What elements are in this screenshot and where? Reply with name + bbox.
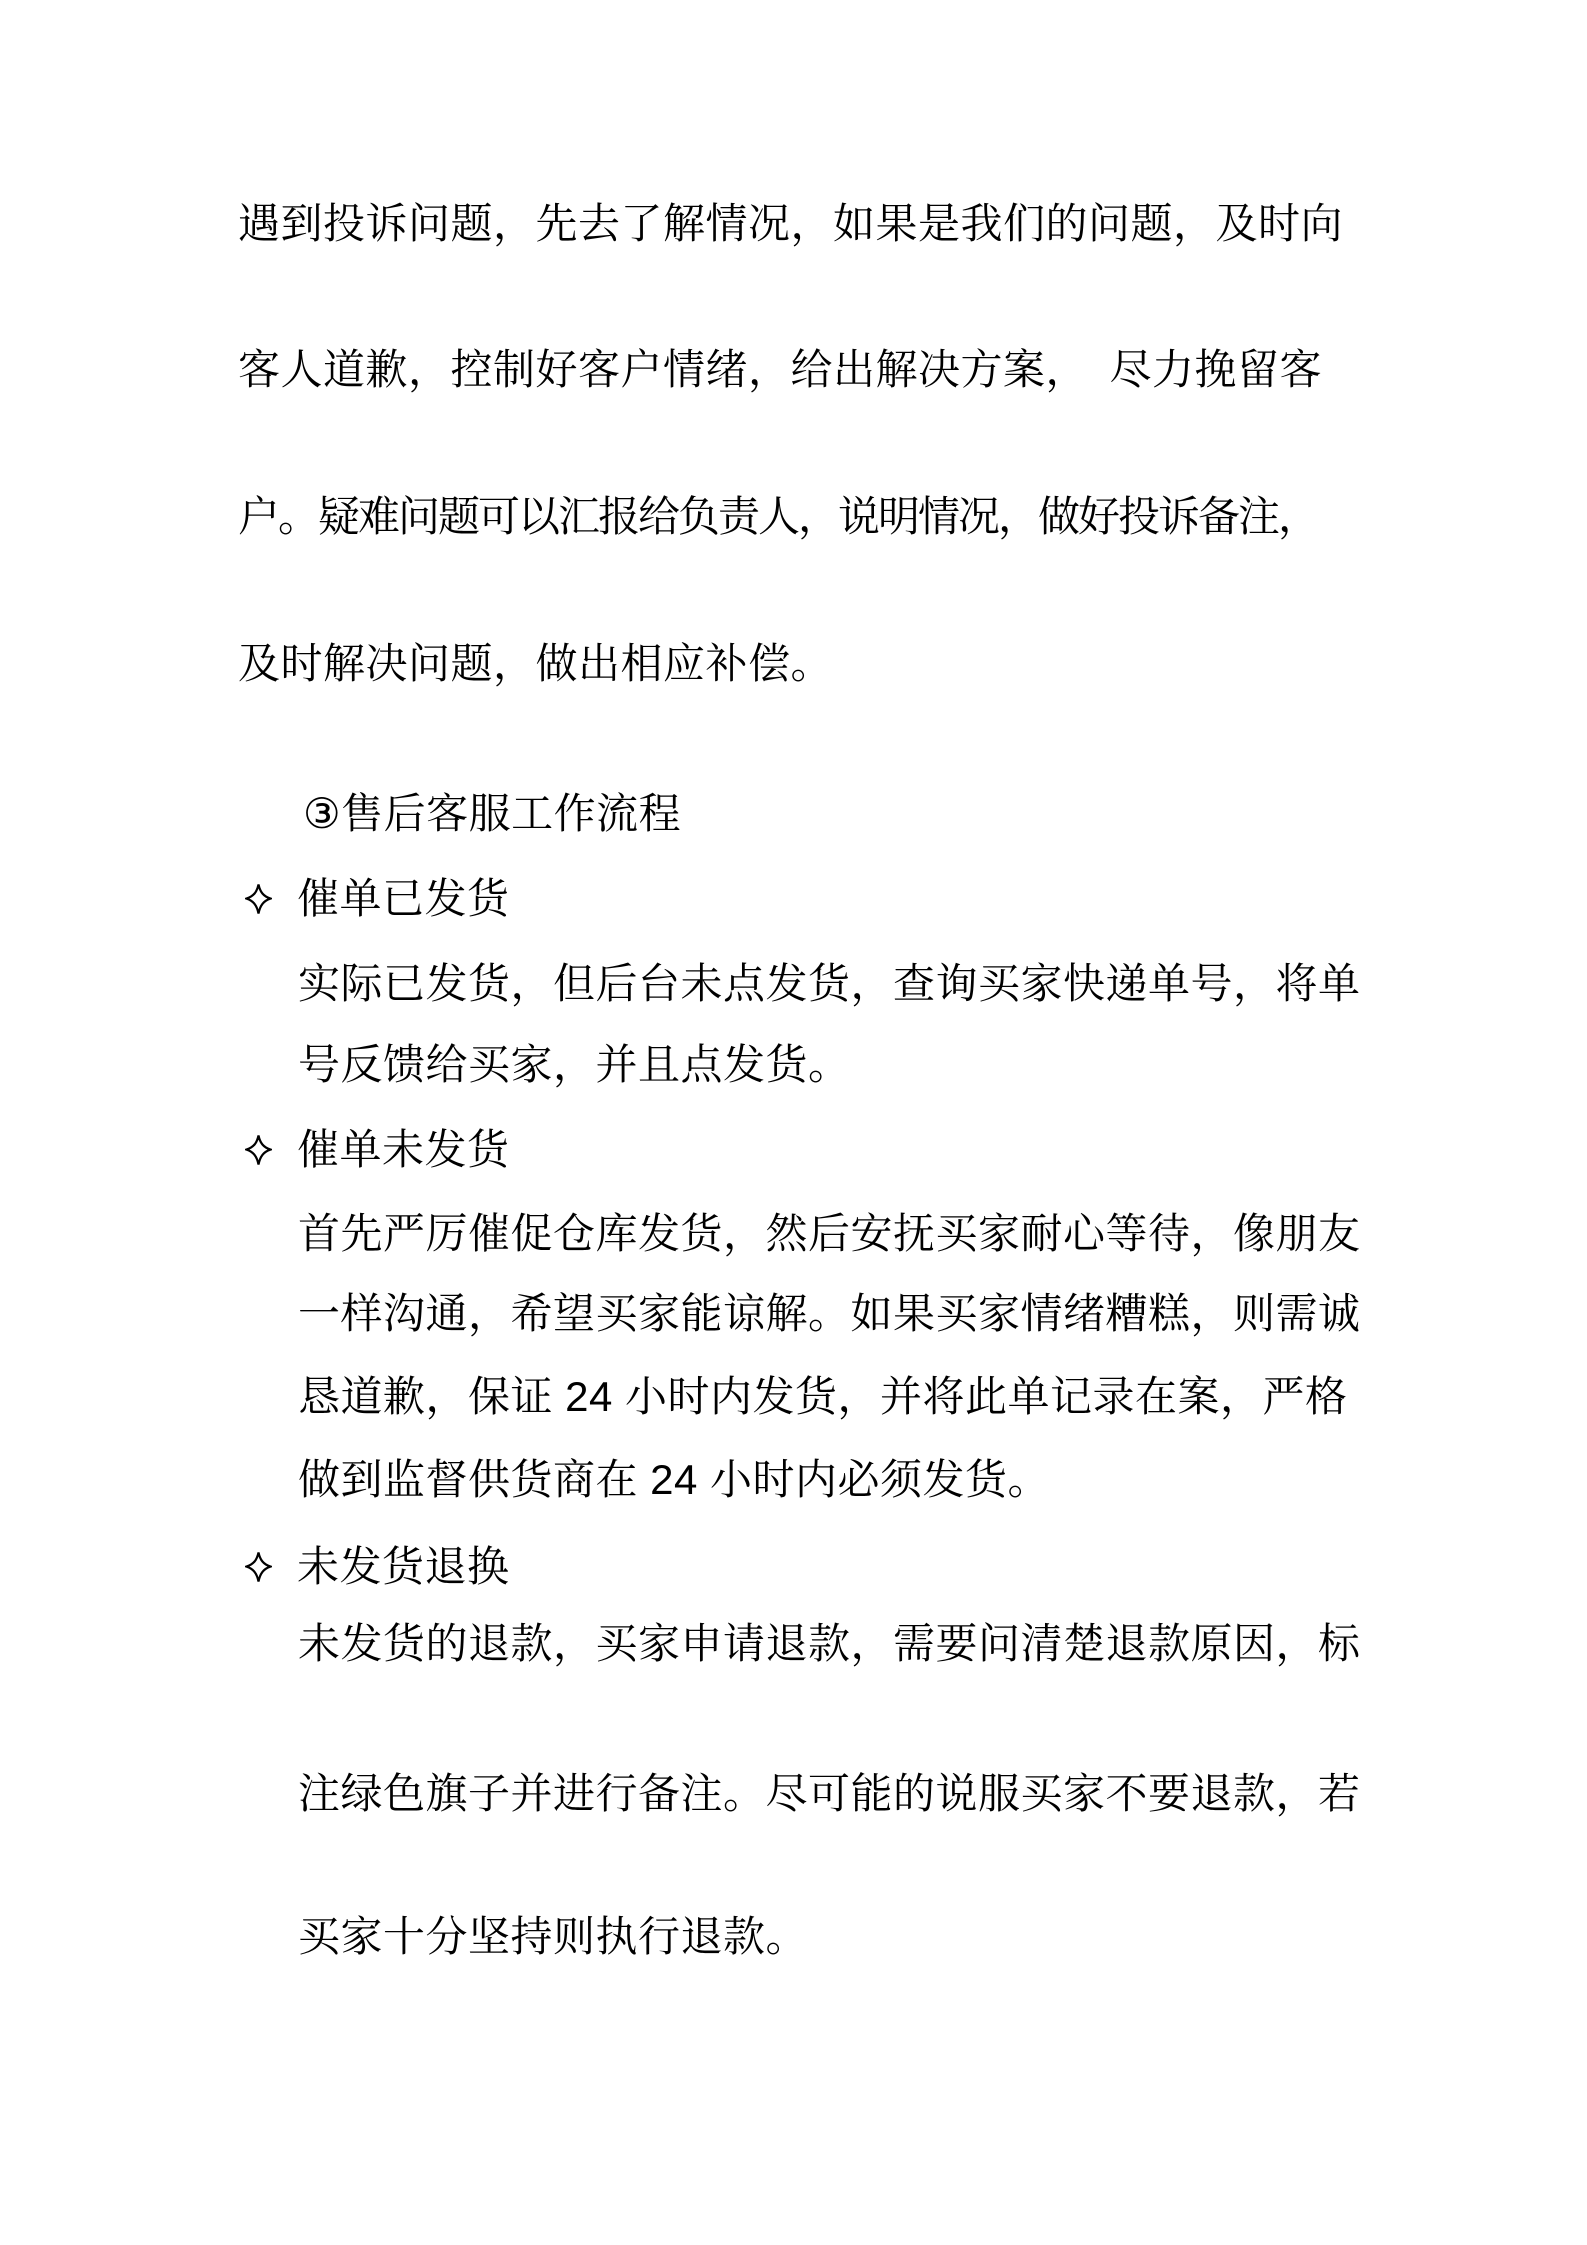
body-line: 做到监督供货商在 24 小时内必须发货。 <box>298 1453 1050 1507</box>
bullet-label: 催单未发货 <box>297 1123 510 1177</box>
document-page: 遇到投诉问题，先去了解情况，如果是我们的问题，及时向 客人道歉，控制好客户情绪，… <box>0 0 1587 2245</box>
bullet-item-refund-before-shipping: 未发货退换 <box>245 1540 510 1594</box>
diamond-bullet-icon <box>245 1134 297 1166</box>
bullet-label: 未发货退换 <box>297 1540 510 1594</box>
bullet-item-not-shipped: 催单未发货 <box>245 1123 510 1177</box>
section-heading: ③售后客服工作流程 <box>303 787 681 841</box>
diamond-bullet-icon <box>245 883 297 915</box>
body-line: 首先严厉催促仓库发货，然后安抚买家耐心等待，像朋友 <box>298 1207 1361 1261</box>
bullet-label: 催单已发货 <box>297 872 510 926</box>
body-line: 未发货的退款，买家申请退款，需要问清楚退款原因，标 <box>298 1617 1361 1671</box>
body-line: 恳道歉，保证 24 小时内发货，并将此单记录在案，严格 <box>298 1370 1348 1424</box>
body-line: 注绿色旗子并进行备注。尽可能的说服买家不要退款，若 <box>298 1767 1361 1821</box>
body-line: 实际已发货，但后台未点发货，查询买家快递单号，将单 <box>298 957 1361 1011</box>
intro-line-4: 及时解决问题，做出相应补偿。 <box>238 637 833 691</box>
body-line: 一样沟通，希望买家能谅解。如果买家情绪糟糕，则需诚 <box>298 1287 1361 1341</box>
intro-line-3: 户。疑难问题可以汇报给负责人，说明情况，做好投诉备注， <box>238 490 1318 544</box>
intro-line-2: 客人道歉，控制好客户情绪，给出解决方案， 尽力挽留客 <box>238 343 1322 397</box>
bullet-item-shipped: 催单已发货 <box>245 872 510 926</box>
intro-line-1: 遇到投诉问题，先去了解情况，如果是我们的问题，及时向 <box>238 197 1343 251</box>
body-line: 号反馈给买家，并且点发货。 <box>298 1038 851 1092</box>
body-line: 买家十分坚持则执行退款。 <box>298 1910 808 1964</box>
diamond-bullet-icon <box>245 1551 297 1583</box>
